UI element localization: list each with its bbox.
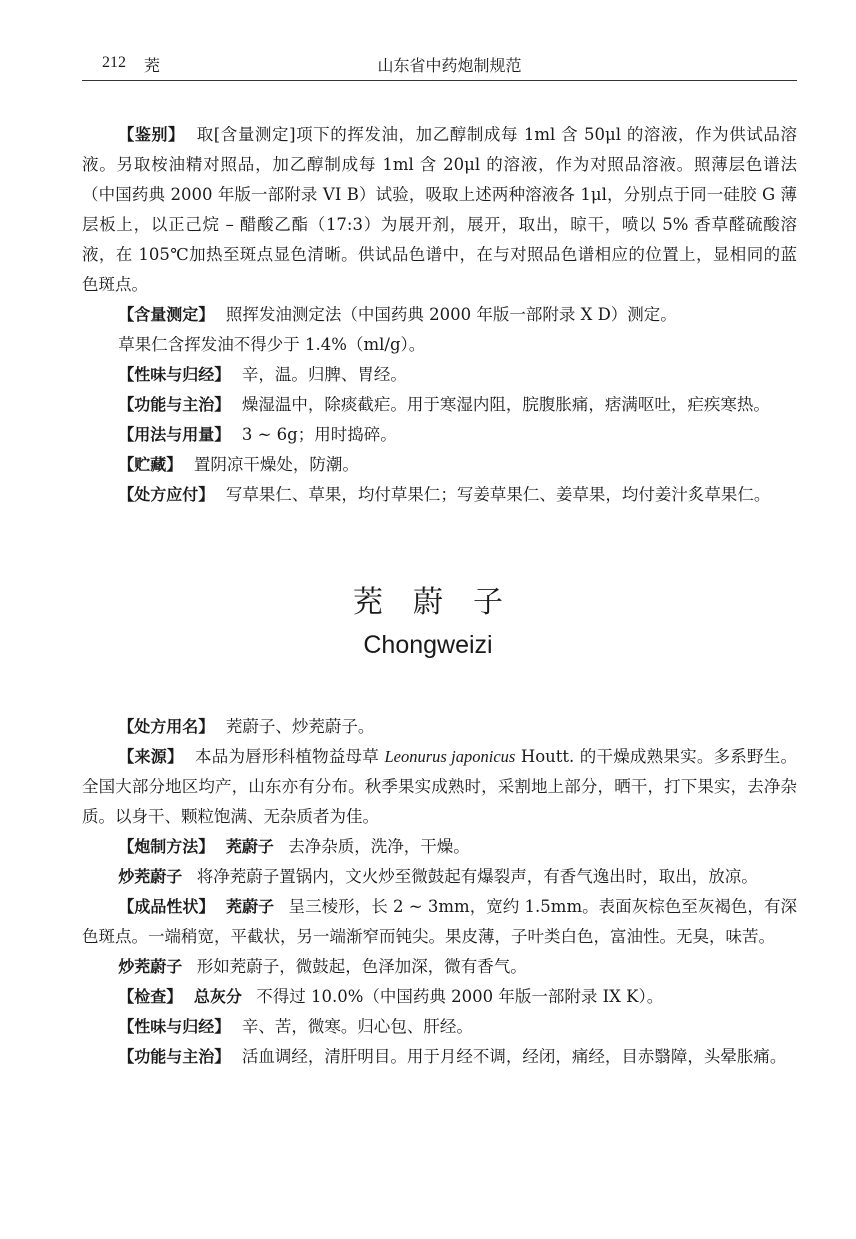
section-text: 活血调经，清肝明目。用于月经不调，经闭，痛经，目赤翳障，头晕胀痛。 [242,1047,787,1066]
section-label: 【来源】 [118,747,183,766]
section-label: 【用法与用量】 [118,425,230,444]
sub-label: 炒茺蔚子 [118,957,182,976]
section-label: 【功能与主治】 [118,1047,230,1066]
section-label: 【检查】 [118,987,182,1006]
section-function: 【功能与主治】活血调经，清肝明目。用于月经不调，经闭，痛经，目赤翳障，头晕胀痛。 [82,1042,797,1072]
section-label: 【功能与主治】 [118,395,230,414]
book-title: 山东省中药炮制规范 [82,53,797,76]
section-label: 【性味与归经】 [118,365,230,384]
entry-title-pinyin: Chongweizi [0,627,856,663]
section-text: 写草果仁、草果，均付草果仁；写姜草果仁、姜草果，均付姜汁炙草果仁。 [226,485,771,504]
section-text: 辛、苦，微寒。归心包、肝经。 [242,1017,473,1036]
section-text: 辛，温。归脾、胃经。 [242,365,407,384]
header-rule [82,80,797,81]
section-text: 将净茺蔚子置锅内，文火炒至微鼓起有爆裂声，有香气逸出时，取出，放凉。 [197,867,758,886]
section-text: 草果仁含挥发油不得少于 1.4%（ml/g）。 [118,335,425,354]
section-assay: 【含量测定】照挥发油测定法（中国药典 2000 年版一部附录 X D）测定。 [82,300,797,330]
section-label: 【含量测定】 [118,305,214,324]
entry-title-chinese: 茺蔚子 [0,583,856,623]
sub-label: 炒茺蔚子 [118,867,182,886]
section-label: 【性味与归经】 [118,1017,230,1036]
section-processing-fried: 炒茺蔚子将净茺蔚子置锅内，文火炒至微鼓起有爆裂声，有香气逸出时，取出，放凉。 [82,862,797,892]
section-text: 本品为唇形科植物益母草 [195,747,385,766]
section-characteristics-fried: 炒茺蔚子形如茺蔚子，微鼓起，色泽加深，微有香气。 [82,952,797,982]
section-label: 【成品性状】 [118,897,214,916]
section-label: 【鉴别】 [118,125,184,144]
section-usage: 【用法与用量】3 ~ 6g；用时捣碎。 [82,420,797,450]
section-function: 【功能与主治】燥湿温中，除痰截疟。用于寒湿内阻，脘腹胀痛，痞满呕吐，疟疾寒热。 [82,390,797,420]
page-header: 212 茺 山东省中药炮制规范 [82,52,797,80]
section-text: 3 ~ 6g；用时捣碎。 [242,425,397,444]
section-storage: 【贮藏】置阴凉干燥处，防潮。 [82,450,797,480]
section-text: 照挥发油测定法（中国药典 2000 年版一部附录 X D）测定。 [226,305,677,324]
section-text: 不得过 10.0%（中国药典 2000 年版一部附录 IX K）。 [256,987,663,1006]
latin-name: Leonurus japonicus [384,747,515,766]
entry-title-block: 茺蔚子 Chongweizi [0,583,856,663]
section-text: 形如茺蔚子，微鼓起，色泽加深，微有香气。 [197,957,527,976]
section-nature: 【性味与归经】辛、苦，微寒。归心包、肝经。 [82,1012,797,1042]
sub-label: 总灰分 [194,987,242,1006]
sub-label: 茺蔚子 [226,837,274,856]
section-source: 【来源】本品为唇形科植物益母草 Leonurus japonicus Houtt… [82,742,797,832]
section-label: 【处方应付】 [118,485,214,504]
previous-entry-body: 【鉴别】取[含量测定]项下的挥发油，加乙醇制成每 1ml 含 50μl 的溶液，… [82,120,797,510]
section-nature: 【性味与归经】辛，温。归脾、胃经。 [82,360,797,390]
section-assay-limit: 草果仁含挥发油不得少于 1.4%（ml/g）。 [82,330,797,360]
section-text: 置阴凉干燥处，防潮。 [194,455,359,474]
section-identification: 【鉴别】取[含量测定]项下的挥发油，加乙醇制成每 1ml 含 50μl 的溶液，… [82,120,797,300]
section-inspection: 【检查】总灰分不得过 10.0%（中国药典 2000 年版一部附录 IX K）。 [82,982,797,1012]
section-label: 【炮制方法】 [118,837,214,856]
section-prescription-names: 【处方用名】茺蔚子、炒茺蔚子。 [82,712,797,742]
section-text: 燥湿温中，除痰截疟。用于寒湿内阻，脘腹胀痛，痞满呕吐，疟疾寒热。 [242,395,770,414]
section-processing: 【炮制方法】茺蔚子去净杂质，洗净，干燥。 [82,832,797,862]
sub-label: 茺蔚子 [226,897,274,916]
section-dispensing: 【处方应付】写草果仁、草果，均付草果仁；写姜草果仁、姜草果，均付姜汁炙草果仁。 [82,480,797,510]
entry-body: 【处方用名】茺蔚子、炒茺蔚子。 【来源】本品为唇形科植物益母草 Leonurus… [82,712,797,1072]
section-text: 取[含量测定]项下的挥发油，加乙醇制成每 1ml 含 50μl 的溶液，作为供试… [82,125,797,294]
section-label: 【贮藏】 [118,455,182,474]
section-text: 茺蔚子、炒茺蔚子。 [226,717,375,736]
section-text: 去净杂质，洗净，干燥。 [288,837,470,856]
section-characteristics: 【成品性状】茺蔚子呈三棱形，长 2 ~ 3mm，宽约 1.5mm。表面灰棕色至灰… [82,892,797,952]
section-label: 【处方用名】 [118,717,214,736]
